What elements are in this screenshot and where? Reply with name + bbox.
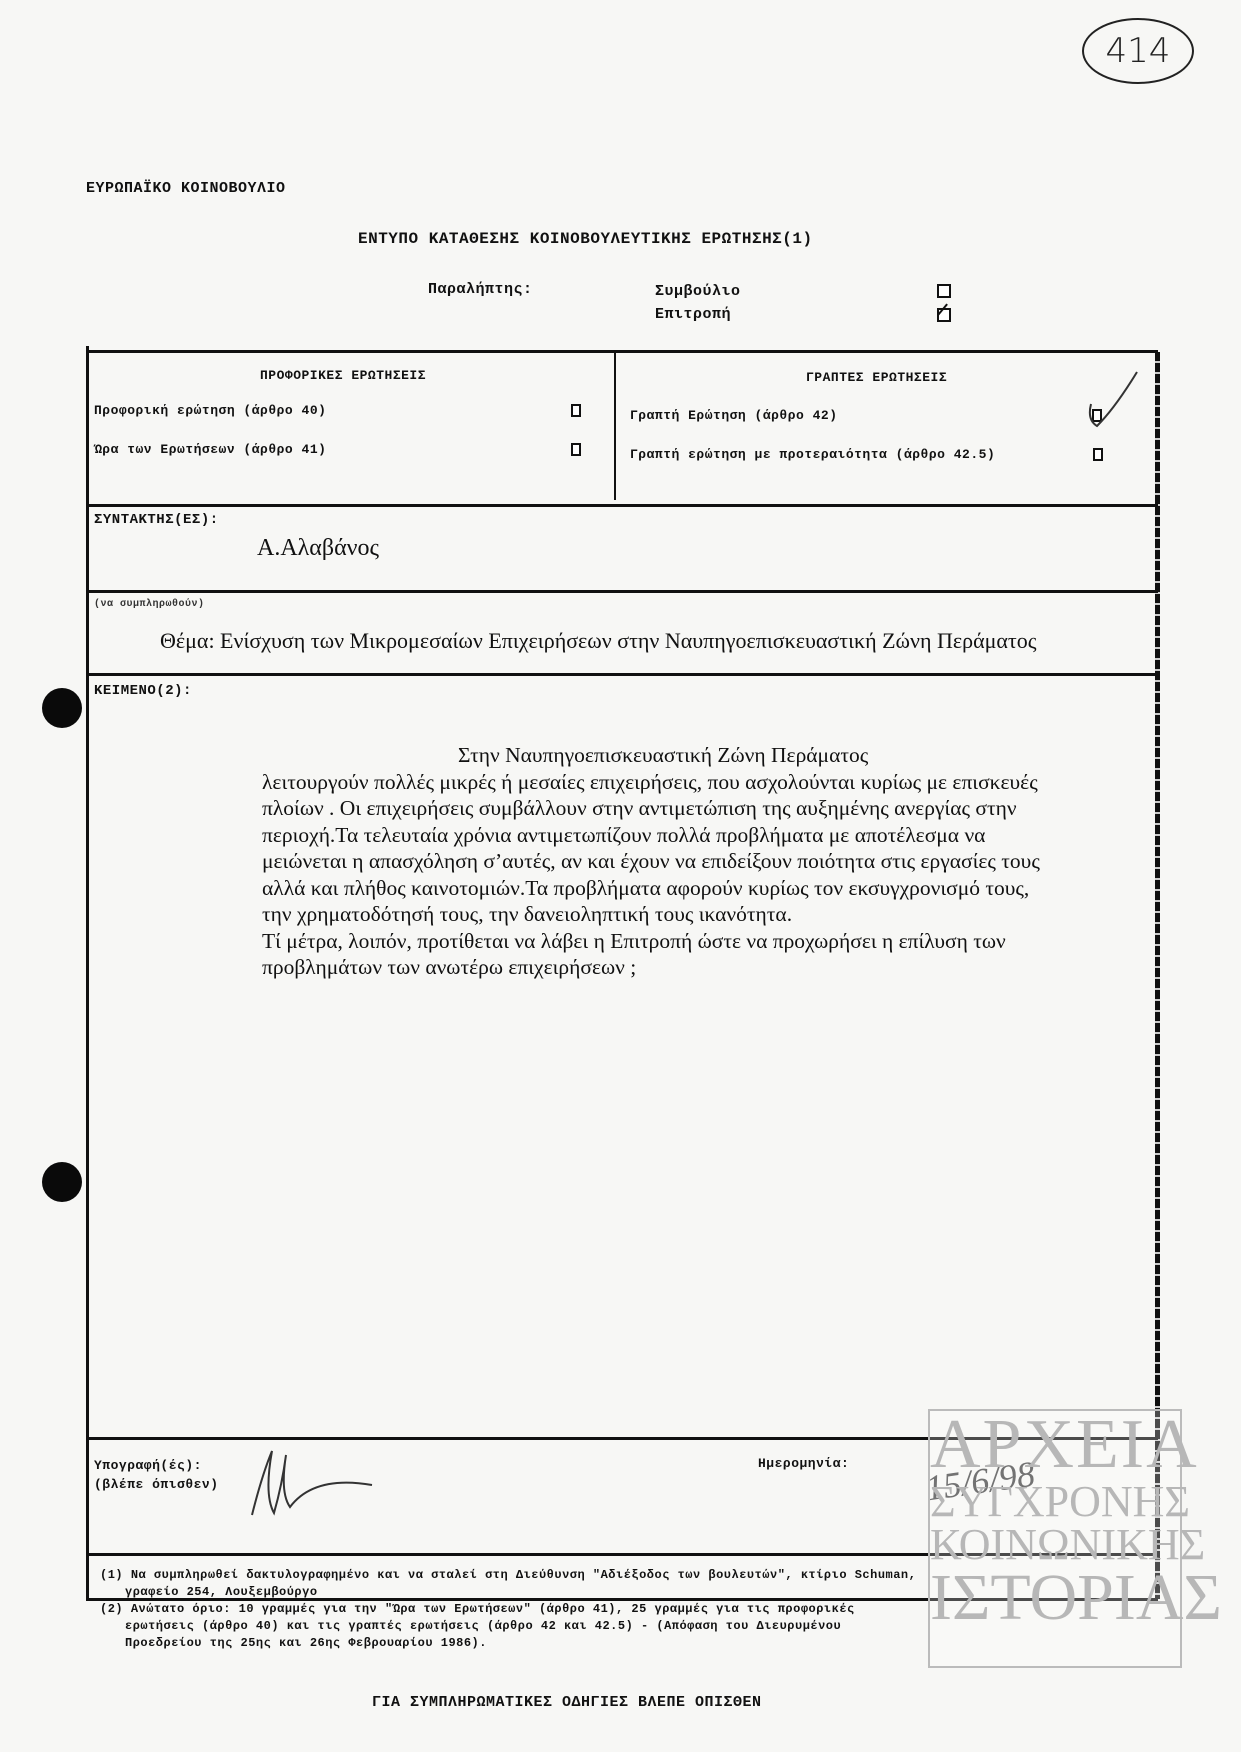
divider-vertical-questions: [614, 352, 616, 500]
recipient-option-council-label: Συμβούλιο: [655, 283, 741, 300]
organization-title: ΕΥΡΩΠΑΪΚΟ ΚΟΙΝΟΒΟΥΛΙΟ: [86, 180, 286, 197]
body-first-line: Στην Ναυπηγοεπισκευαστική Ζώνη Περάματος: [262, 742, 1062, 769]
recipient-option-commission-label: Επιτροπή: [655, 306, 731, 323]
oral-question-art40-checkbox[interactable]: [571, 404, 581, 417]
written-question-priority-checkbox[interactable]: [1093, 448, 1103, 461]
footnote-2-line1: Ανώτατο όριο: 10 γραμμές για την "Ώρα τω…: [131, 1602, 855, 1616]
footnote-1-line1: Να συμπληρωθεί δακτυλογραφημένο και να σ…: [131, 1568, 917, 1582]
author-label: ΣΥΝΤΑΚΤΗΣ(ΕΣ):: [94, 512, 219, 528]
footnote-2: (2) Ανώτατο όριο: 10 γραμμές για την "Ώρ…: [100, 1601, 1150, 1618]
oral-questions-heading: ΠΡΟΦΟΡΙΚΕΣ ΕΡΩΤΗΣΕΙΣ: [260, 368, 426, 383]
handwritten-checkmark-icon: [1085, 368, 1145, 434]
footnote-1-line2: γραφείο 254, Λουξεμβούργο: [100, 1584, 1150, 1601]
divider-after-questions: [86, 504, 1158, 507]
signature-label-line2: (βλέπε όπισθεν): [94, 1475, 219, 1494]
subject-cut-label: (να συμπληρωθούν): [94, 599, 205, 610]
text-label: ΚΕΙΜΕΝΟ(2):: [94, 683, 192, 699]
watermark-line1: ΑΡΧΕΙΑ: [930, 1411, 1180, 1480]
bottom-instructions-note: ΓΙΑ ΣΥΜΠΛΗΡΩΜΑΤΙΚΕΣ ΟΔΗΓΙΕΣ ΒΛΕΠΕ ΟΠΙΣΘΕ…: [372, 1694, 762, 1711]
divider-top: [86, 350, 1158, 353]
divider-after-subject: [86, 673, 1158, 676]
oral-question-art40-label: Προφορική ερώτηση (άρθρο 40): [94, 403, 326, 418]
body-question: Τί μέτρα, λοιπόν, προτίθεται να λάβει η …: [262, 928, 1062, 981]
footnote-2-marker: (2): [100, 1602, 123, 1616]
signature-label: Υπογραφή(ές): (βλέπε όπισθεν): [94, 1456, 219, 1494]
punch-hole-top: [42, 688, 82, 728]
footnote-1: (1) Να συμπληρωθεί δακτυλογραφημένο και …: [100, 1567, 1150, 1584]
question-body: Στην Ναυπηγοεπισκευαστική Ζώνη Περάματος…: [262, 742, 1062, 981]
body-paragraph: λειτουργούν πολλές μικρές ή μεσαίες επιχ…: [262, 769, 1062, 928]
written-question-priority-label: Γραπτή ερώτηση με προτεραιότητα (άρθρο 4…: [630, 447, 995, 462]
date-label: Ημερομηνία:: [758, 1456, 849, 1471]
watermark-line2: ΣΥΓΧΡΟΝΗΣ: [930, 1480, 1180, 1523]
handwritten-signature-icon: [244, 1445, 374, 1525]
footnote-2-line2: ερωτήσεις (άρθρο 40) και τις γραπτές ερω…: [100, 1618, 1150, 1635]
page-number-stamp: 414: [1082, 18, 1194, 84]
punch-hole-bottom: [42, 1162, 82, 1202]
written-questions-heading: ΓΡΑΠΤΕΣ ΕΡΩΤΗΣΕΙΣ: [806, 370, 947, 385]
footnotes: (1) Να συμπληρωθεί δακτυλογραφημένο και …: [100, 1567, 1150, 1652]
subject-text: Θέμα: Ενίσχυση των Μικρομεσαίων Επιχειρή…: [160, 627, 1110, 655]
divider-after-author: [86, 590, 1158, 593]
recipient-commission-checkbox[interactable]: [937, 308, 951, 322]
author-name: Α.Αλαβάνος: [257, 535, 379, 562]
form-frame-left-border: [86, 346, 89, 1599]
question-time-art41-checkbox[interactable]: [571, 443, 581, 456]
written-question-art42-label: Γραπτή Ερώτηση (άρθρο 42): [630, 408, 838, 423]
question-time-art41-label: Ώρα των Ερωτήσεων (άρθρο 41): [94, 442, 326, 457]
watermark-line3: ΚΟΙΝΩΝΙΚΗΣ: [930, 1523, 1180, 1566]
signature-label-line1: Υπογραφή(ές):: [94, 1456, 219, 1475]
recipient-council-checkbox[interactable]: [937, 284, 951, 298]
footnote-2-line3: Προεδρείου της 25ης και 26ης Φεβρουαρίου…: [100, 1635, 1150, 1652]
recipient-label: Παραλήπτης:: [428, 281, 533, 298]
footnote-1-marker: (1): [100, 1568, 123, 1582]
form-title: ΕΝΤΥΠΟ ΚΑΤΑΘΕΣΗΣ ΚΟΙΝΟΒΟΥΛΕΥΤΙΚΗΣ ΕΡΩΤΗΣ…: [358, 230, 813, 248]
